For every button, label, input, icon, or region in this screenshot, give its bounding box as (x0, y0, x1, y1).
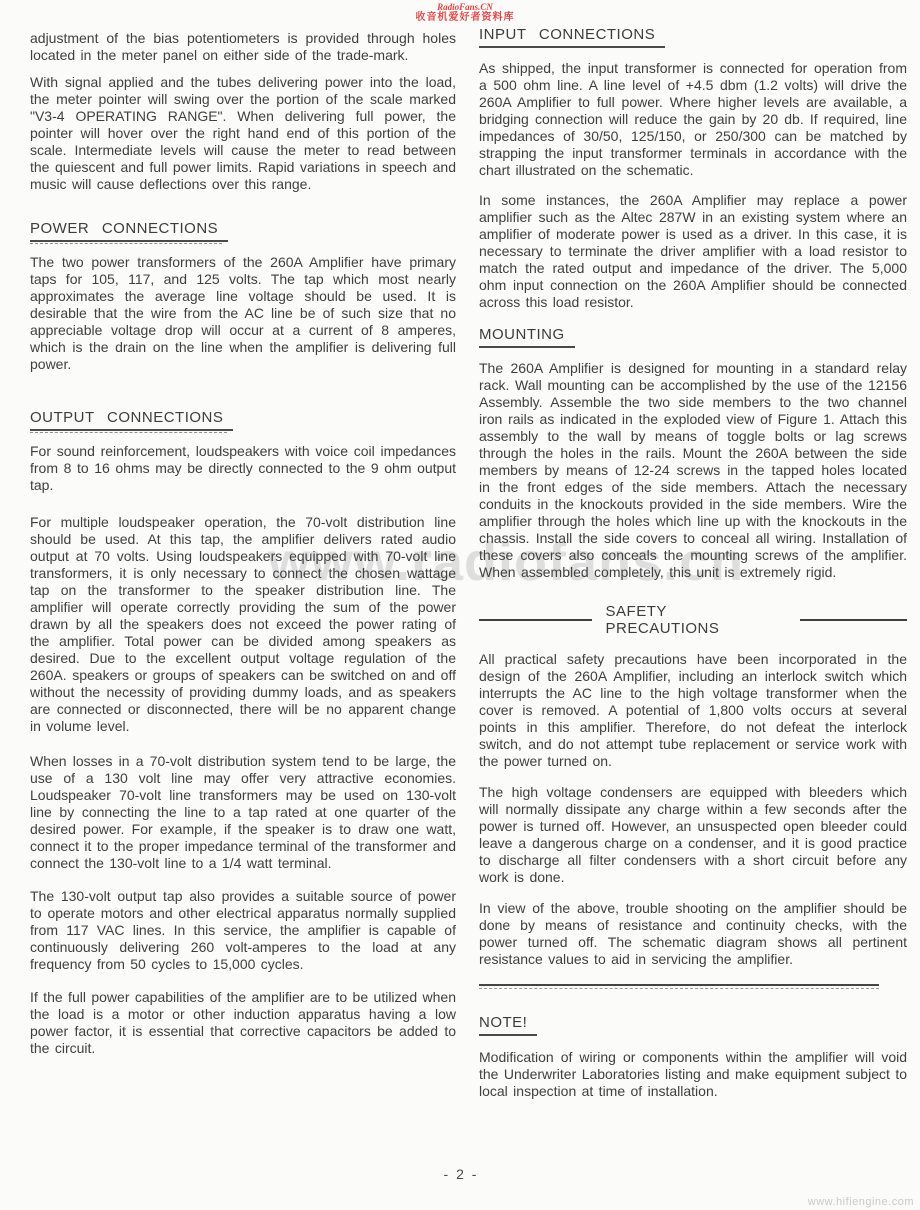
right-column: INPUT CONNECTIONS As shipped, the input … (479, 26, 907, 1100)
para-130volt-source: The 130-volt output tap also provides a … (30, 888, 456, 973)
para-mounting-instructions: The 260A Amplifier is designed for mount… (479, 360, 907, 581)
watermark-radiofans-top: RadioFans.CN 收音机爱好者资料库 (415, 2, 515, 23)
para-bleeders: The high voltage condensers are equipped… (479, 784, 907, 886)
left-column: adjustment of the bias potentiometers is… (30, 30, 456, 1057)
heading-output-connections: OUTPUT CONNECTIONS (30, 409, 456, 431)
para-meter-operation: With signal applied and the tubes delive… (30, 74, 456, 193)
para-driver-termination: In some instances, the 260A Amplifier ma… (479, 192, 907, 311)
page-number: - 2 - (0, 1166, 920, 1182)
para-power-factor-capacitors: If the full power capabilities of the am… (30, 989, 456, 1057)
heading-mounting: MOUNTING (479, 326, 907, 348)
para-bias-holes: adjustment of the bias potentiometers is… (30, 30, 456, 64)
safety-rule-right-line (800, 619, 907, 621)
para-70volt-distribution: For multiple loudspeaker operation, the … (30, 514, 456, 735)
heading-input-connections: INPUT CONNECTIONS (479, 26, 907, 48)
safety-rule-left-line (479, 619, 592, 621)
para-130volt-economies: When losses in a 70-volt distribution sy… (30, 753, 456, 872)
heading-safety-precautions: SAFETY PRECAUTIONS (479, 603, 907, 637)
para-trouble-shooting: In view of the above, trouble shooting o… (479, 900, 907, 968)
watermark-radiofans-line1: RadioFans.CN (415, 2, 515, 12)
para-interlock-switch: All practical safety precautions have be… (479, 651, 907, 770)
divider-line (479, 984, 879, 986)
para-input-transformer: As shipped, the input transformer is con… (479, 60, 907, 179)
para-voice-coil: For sound reinforcement, loudspeakers wi… (30, 443, 456, 494)
watermark-hifiengine: www.hifiengine.com (808, 1196, 914, 1208)
safety-heading-label: SAFETY PRECAUTIONS (606, 603, 786, 637)
para-power-transformers: The two power transformers of the 260A A… (30, 254, 456, 373)
watermark-radiofans-line2: 收音机爱好者资料库 (415, 12, 515, 23)
para-ul-modification: Modification of wiring or components wit… (479, 1049, 907, 1100)
heading-power-connections: POWER CONNECTIONS (30, 220, 456, 242)
manual-page: RadioFans.CN 收音机爱好者资料库 www.radiofans.cn … (0, 0, 920, 1210)
heading-note: NOTE! (479, 1014, 907, 1036)
